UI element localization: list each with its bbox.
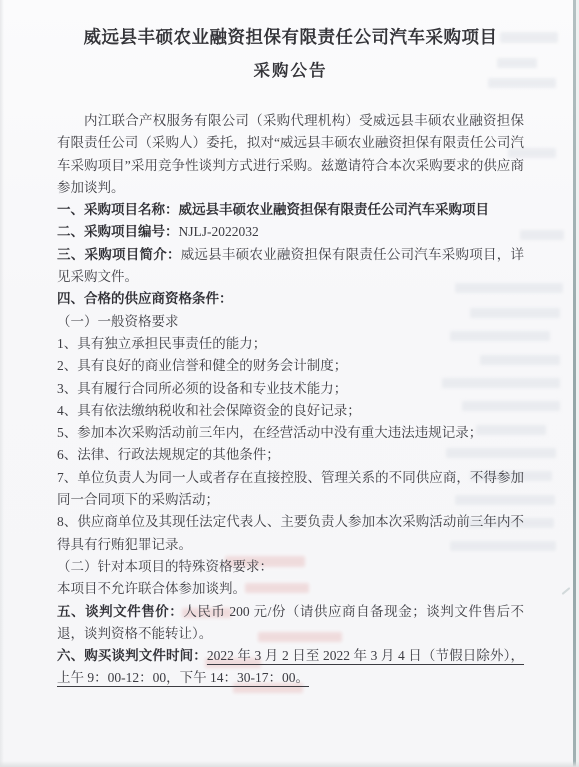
scan-left-edge-shadow xyxy=(0,0,4,767)
paragraph-text: 5、参加本次采购活动前三年内，在经营活动中没有重大违法违规记录； xyxy=(57,425,482,440)
paragraph-text: 8、供应商单位及其现任法定代表人、主要负责人参加本次采购活动前三年内不得具有行贿… xyxy=(57,514,524,551)
paragraph: 5、参加本次采购活动前三年内，在经营活动中没有重大违法违规记录； xyxy=(57,422,524,444)
paragraph-text: 内江联合产权服务有限公司（采购代理机构）受威远县丰硕农业融资担保有限责任公司（采… xyxy=(57,113,524,195)
paragraph: （二）针对本项目的特殊资格要求： xyxy=(57,556,524,578)
paragraph-text: （一）一般资格要求 xyxy=(57,314,179,329)
bleedthrough-mark xyxy=(520,230,564,240)
paragraph: 4、具有依法缴纳税收和社会保障资金的良好记录； xyxy=(57,400,524,422)
paragraph-label: 四、合格的供应商资格条件： xyxy=(57,291,233,306)
paragraph: 二、采购项目编号：NJLJ-2022032 xyxy=(57,221,524,243)
paragraph-text: 6、法律、行政法规规定的其他条件； xyxy=(57,447,280,462)
paragraph-label: 六、购买谈判文件时间： xyxy=(57,648,207,663)
paragraph-text: 2、具有良好的商业信誉和健全的财务会计制度； xyxy=(57,358,347,373)
paragraph: 六、购买谈判文件时间：2022 年 3 月 2 日至 2022 年 3 月 4 … xyxy=(57,645,524,690)
paragraph-text: 3、具有履行合同所必须的设备和专业技术能力； xyxy=(57,381,347,396)
paragraph: 一、采购项目名称：威远县丰硕农业融资担保有限责任公司汽车采购项目 xyxy=(57,199,524,221)
page-crease-mark xyxy=(562,587,571,595)
scan-right-edge-line xyxy=(573,0,576,767)
paragraph-text: 本项目不允许联合体参加谈判。 xyxy=(57,581,246,596)
paragraph: 四、合格的供应商资格条件： xyxy=(57,288,524,310)
paragraph: 五、谈判文件售价：人民币 200 元/份（请供应商自备现金；谈判文件售后不退，谈… xyxy=(57,601,524,646)
paragraph-text: 7、单位负责人为同一人或者存在直接控股、管理关系的不同供应商，不得参加同一合同项… xyxy=(57,470,524,507)
paragraph: 三、采购项目简介：威远县丰硕农业融资担保有限责任公司汽车采购项目，详见采购文件。 xyxy=(57,244,524,289)
paragraph-label: 一、采购项目名称： xyxy=(57,202,179,217)
paragraph-text: 1、具有独立承担民事责任的能力； xyxy=(57,336,266,351)
paragraph-text: NJLJ-2022032 xyxy=(179,224,259,239)
paragraph: 6、法律、行政法规规定的其他条件； xyxy=(57,444,524,466)
paragraph: 内江联合产权服务有限公司（采购代理机构）受威远县丰硕农业融资担保有限责任公司（采… xyxy=(57,110,524,199)
paragraph: 8、供应商单位及其现任法定代表人、主要负责人参加本次采购活动前三年内不得具有行贿… xyxy=(57,511,524,556)
scan-bottom-edge-shadow xyxy=(0,761,579,767)
paragraph-text: 威远县丰硕农业融资担保有限责任公司汽车采购项目 xyxy=(179,202,490,217)
paragraph: 1、具有独立承担民事责任的能力； xyxy=(57,333,524,355)
paragraph-label: 二、采购项目编号： xyxy=(57,224,179,239)
document-subtitle: 采购公告 xyxy=(57,61,524,81)
paragraph: 本项目不允许联合体参加谈判。 xyxy=(57,578,524,600)
paragraph-text: （二）针对本项目的特殊资格要求： xyxy=(57,559,273,574)
document-body: 内江联合产权服务有限公司（采购代理机构）受威远县丰硕农业融资担保有限责任公司（采… xyxy=(57,110,524,690)
paragraph-label: 五、谈判文件售价： xyxy=(57,604,183,619)
paragraph-text: 4、具有依法缴纳税收和社会保障资金的良好记录； xyxy=(57,403,361,418)
paragraph: 7、单位负责人为同一人或者存在直接控股、管理关系的不同供应商，不得参加同一合同项… xyxy=(57,467,524,512)
paragraph: 2、具有良好的商业信誉和健全的财务会计制度； xyxy=(57,355,524,377)
paragraph: （一）一般资格要求 xyxy=(57,311,524,333)
paragraph-label: 三、采购项目简介： xyxy=(57,247,181,262)
document-title: 威远县丰硕农业融资担保有限责任公司汽车采购项目 xyxy=(57,26,524,48)
document-sheet: 威远县丰硕农业融资担保有限责任公司汽车采购项目 采购公告 内江联合产权服务有限公… xyxy=(57,0,524,690)
scanned-document-page: 威远县丰硕农业融资担保有限责任公司汽车采购项目 采购公告 内江联合产权服务有限公… xyxy=(0,0,579,767)
paragraph: 3、具有履行合同所必须的设备和专业技术能力； xyxy=(57,378,524,400)
